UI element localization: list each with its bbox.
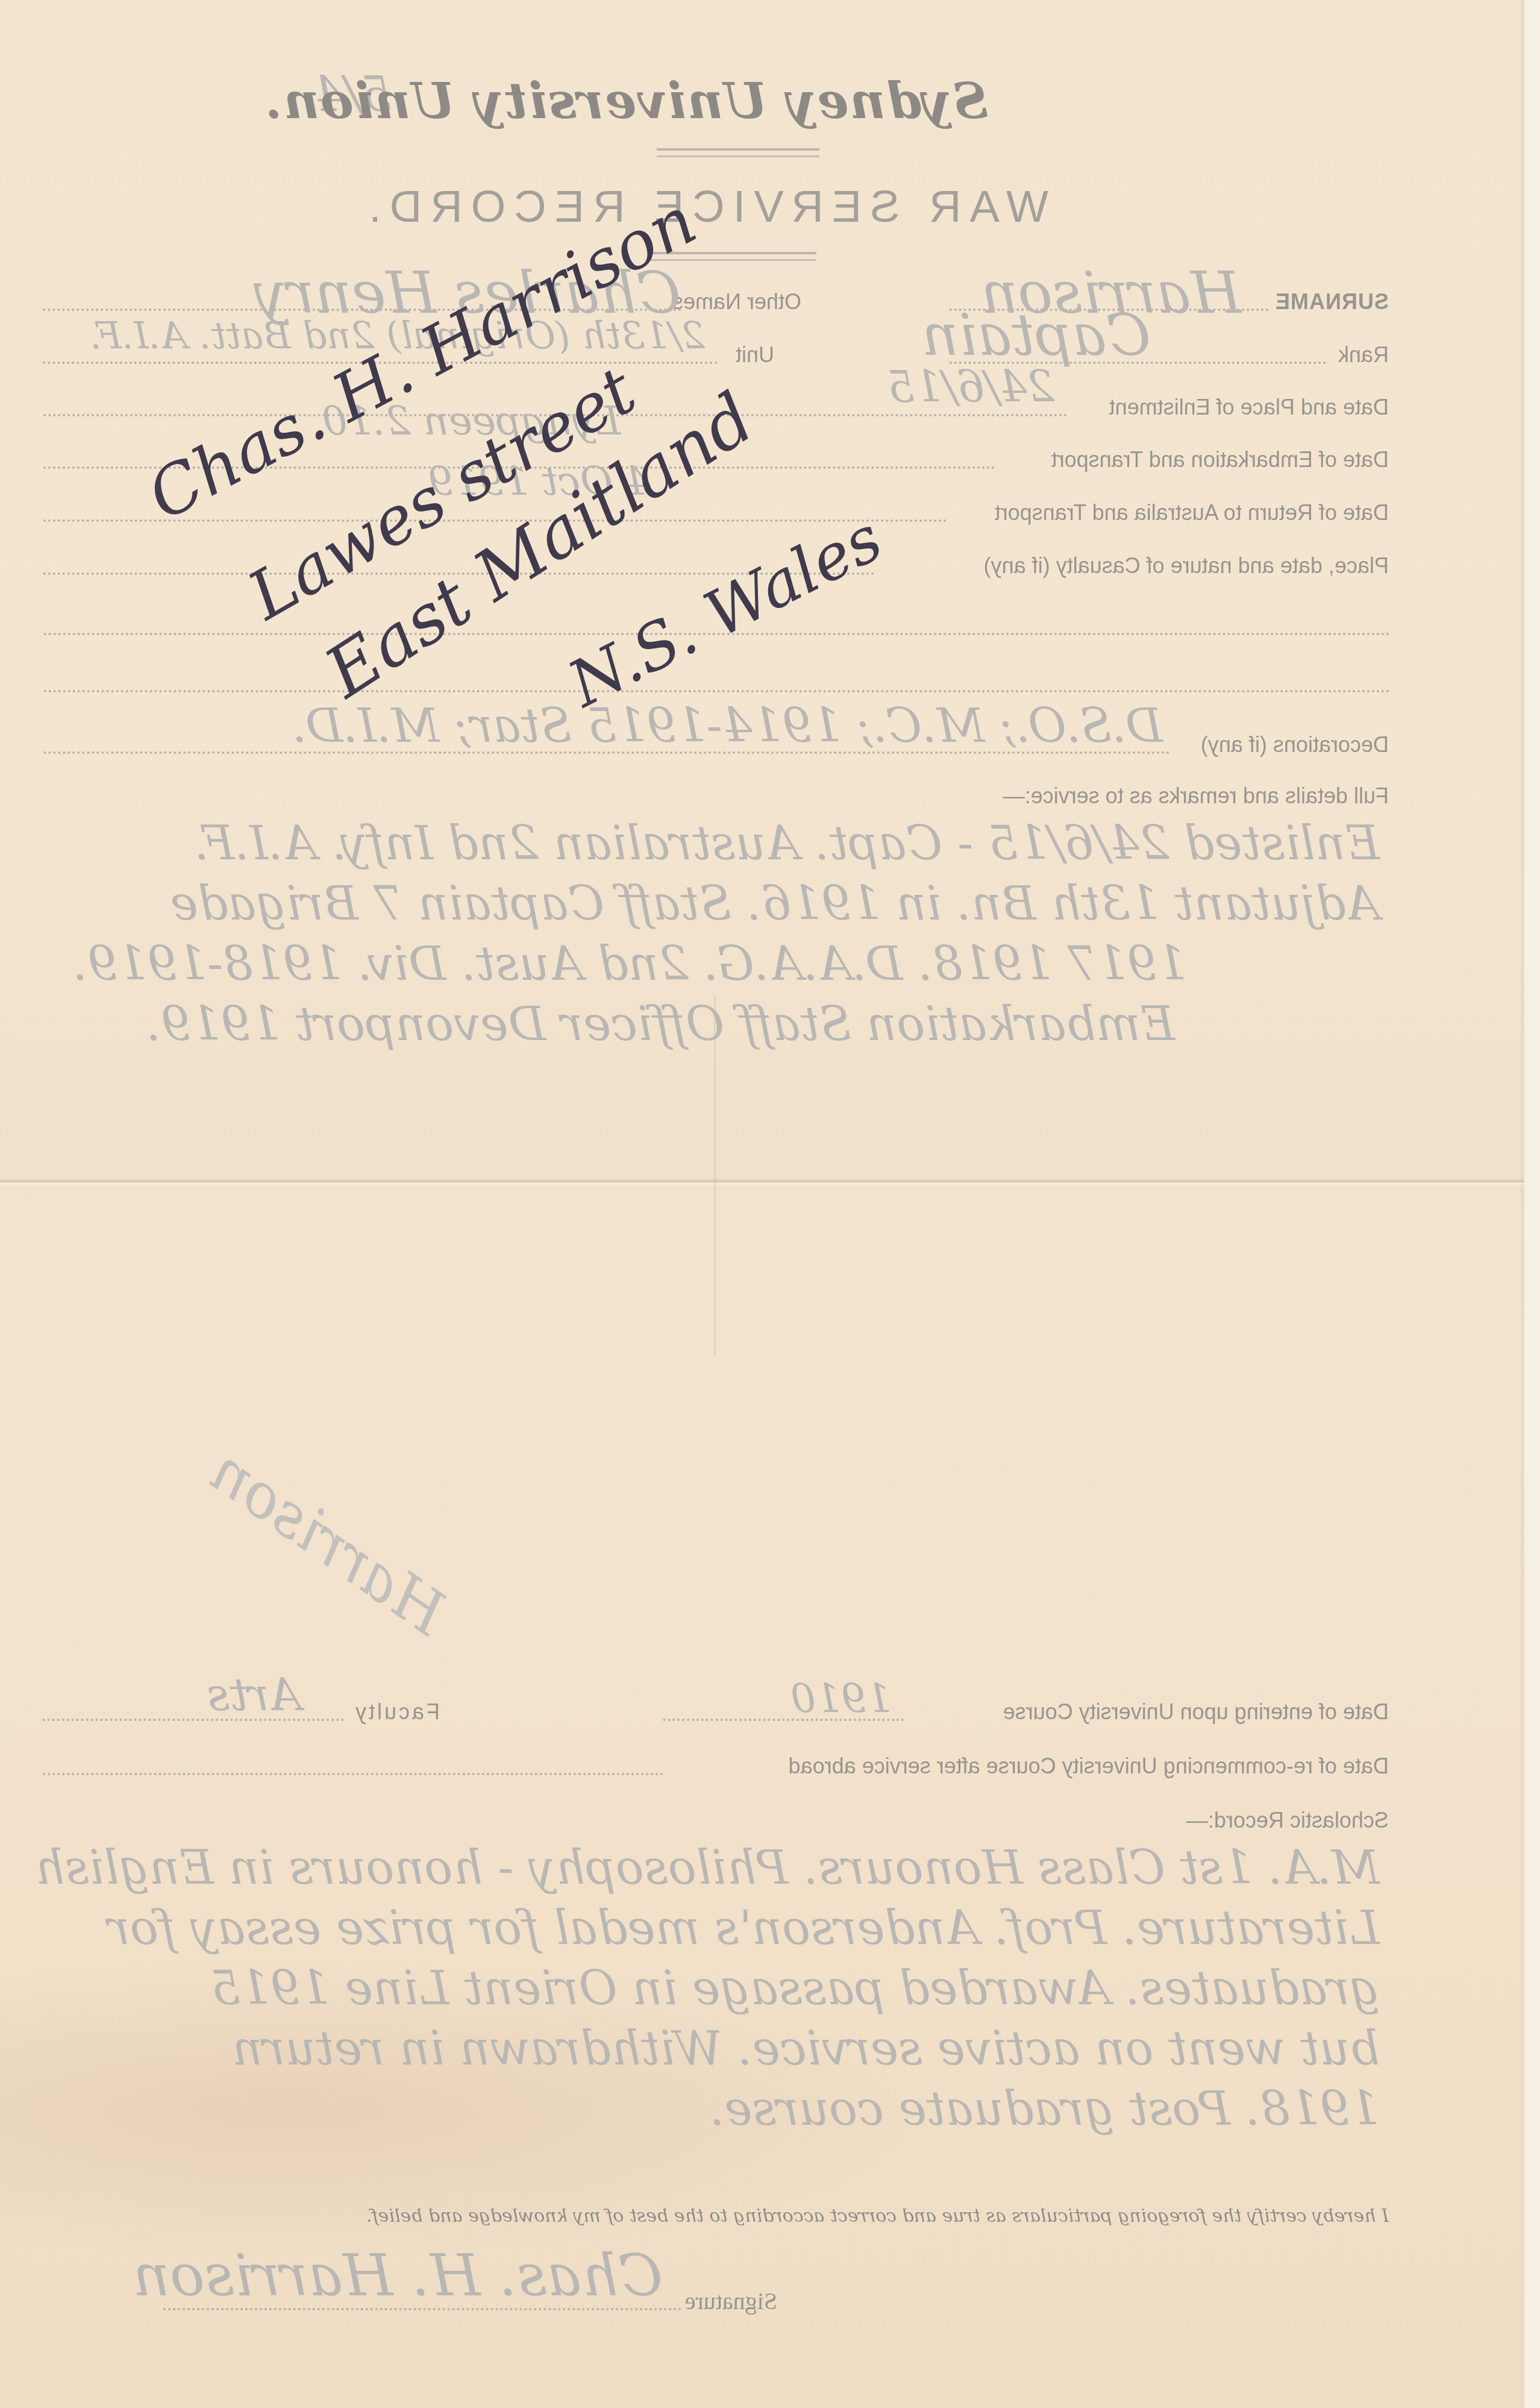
scholastic-line: Literature. Prof. Anderson's medal for p… xyxy=(107,1901,1380,1955)
paper-edge xyxy=(1524,0,1540,2408)
entering-course-label: Date of entering upon University Course xyxy=(1003,1699,1389,1725)
casualty-label: Place, date and nature of Casualty (if a… xyxy=(984,553,1389,578)
service-remark-line: Adjutant 13th Bn. in 1916. Staff Captain… xyxy=(170,877,1380,931)
organisation-title: Sydney University Union. xyxy=(264,72,988,130)
rank-value: Captain xyxy=(922,301,1151,369)
scholastic-line: but went on active service. Withdrawn in… xyxy=(233,2022,1380,2076)
scholastic-line: M.A. 1st Class Honours. Philosophy - hon… xyxy=(35,1841,1380,1895)
form-title: WAR SERVICE RECORD. xyxy=(360,181,1048,232)
pencil-side-note: Harrison xyxy=(197,1435,460,1648)
scholastic-label: Scholastic Record:— xyxy=(1186,1808,1389,1833)
title-rule xyxy=(657,148,819,151)
unit-label: Unit xyxy=(736,342,774,368)
faculty-label: Faculty xyxy=(353,1699,440,1725)
embarkation-label: Date of Embarkation and Transport xyxy=(1051,447,1389,472)
show-through-form: 5/4 Sydney University Union. WAR SERVICE… xyxy=(0,0,1524,2408)
enlistment-value: 24/6/15 xyxy=(887,362,1054,412)
entering-course-value: 1910 xyxy=(790,1675,892,1722)
service-remark-line: Embarkation Staff Officer Devonport 1919… xyxy=(146,997,1175,1052)
certification-statement: I hereby certify the foregoing particula… xyxy=(366,2206,1389,2227)
surname-label: SURNAME xyxy=(1275,289,1389,315)
service-remark-line: Enlisted 24/6/15 - Capt. Australian 2nd … xyxy=(195,817,1380,871)
other-names-label: Other Names xyxy=(672,289,801,315)
signature-value: Chas. H. Harrison xyxy=(133,2242,663,2309)
recommencing-line xyxy=(42,1773,663,1775)
signature-label: Signature xyxy=(685,2287,777,2315)
scholastic-line: 1918. Post graduate course. xyxy=(710,2082,1380,2136)
scholastic-line: graduates. Awarded passage in Orient Lin… xyxy=(210,1961,1380,2016)
rank-label: Rank xyxy=(1338,342,1389,368)
decorations-label: Decorations (if any) xyxy=(1201,732,1389,757)
enlistment-label: Date and Place of Enlistment xyxy=(1109,395,1389,420)
faculty-value: Arts xyxy=(207,1669,301,1721)
service-remarks-label: Full details and remarks as to service:— xyxy=(1003,783,1389,809)
document-page: 5/4 Sydney University Union. WAR SERVICE… xyxy=(0,0,1524,2408)
recommencing-label: Date of re-commencing University Course … xyxy=(789,1754,1389,1779)
return-label: Date of Return to Australia and Transpor… xyxy=(995,500,1389,525)
casualty-line-3 xyxy=(42,690,1389,692)
title-rule xyxy=(657,155,819,157)
service-remark-line: 1917 1918. D.A.A.G. 2nd Aust. Div. 1918-… xyxy=(73,937,1187,991)
decorations-value: D.S.O.; M.C.; 1914-1915 Star; M.I.D. xyxy=(292,699,1163,753)
